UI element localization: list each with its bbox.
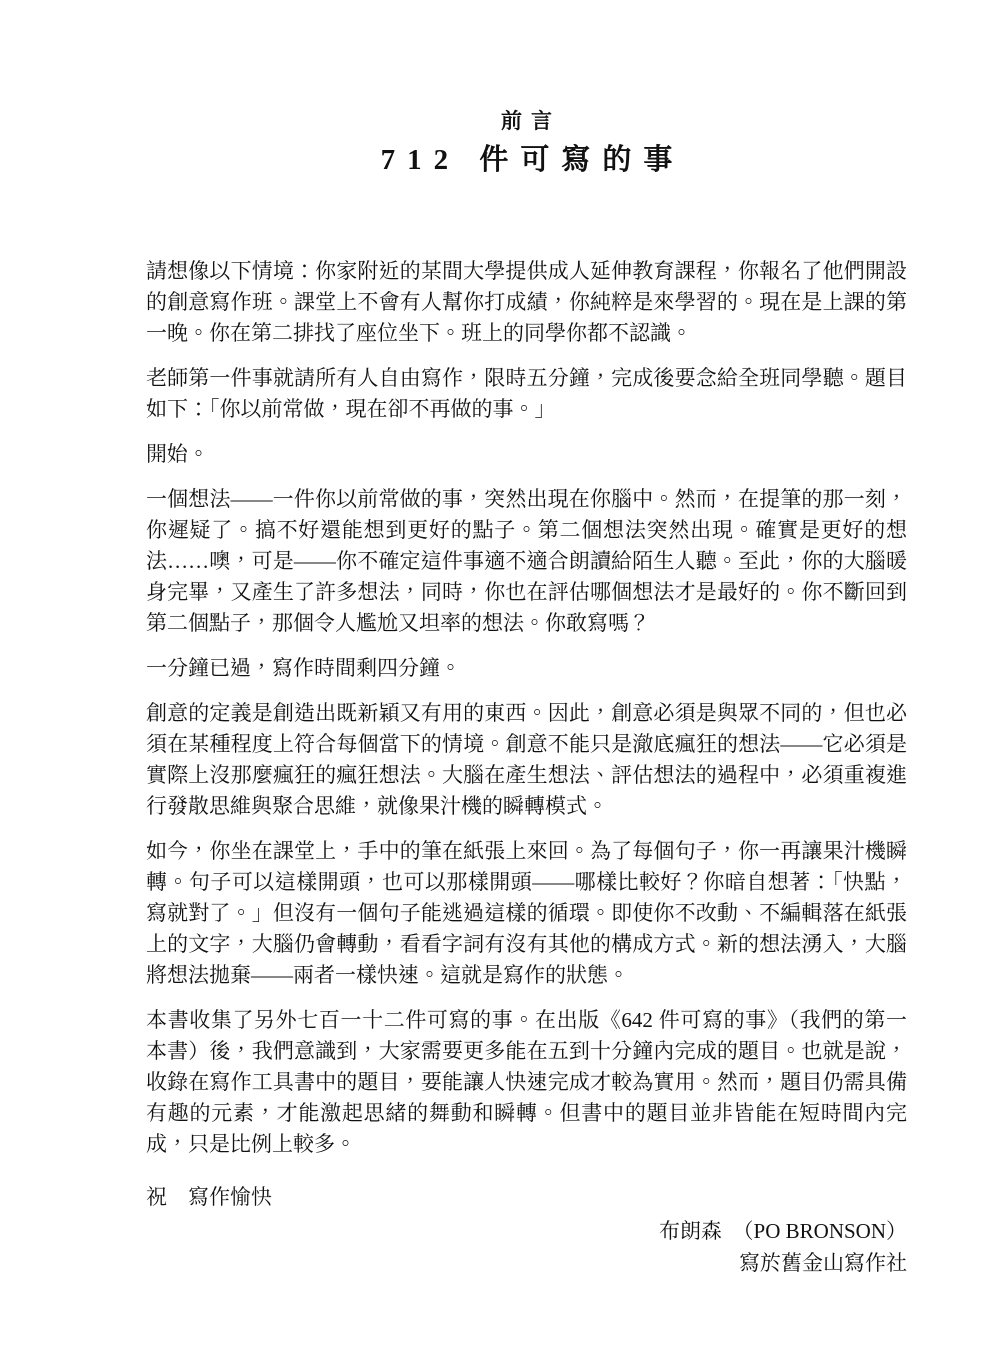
- paragraph-teacher-prompt: 老師第一件事就請所有人自由寫作，限時五分鐘，完成後要念給全班同學聽。題目如下：「…: [146, 363, 907, 425]
- page-title: 712 件可寫的事: [146, 144, 907, 176]
- paragraph-creativity-definition: 創意的定義是創造出既新穎又有用的東西。因此，創意必須是與眾不同的，但也必須在某種…: [146, 698, 907, 822]
- closing-line: 祝 寫作愉快: [146, 1182, 907, 1213]
- document-page: 前言 712 件可寫的事 請想像以下情境：你家附近的某間大學提供成人延伸教育課程…: [0, 0, 1000, 1353]
- text-block: 前言 712 件可寫的事 請想像以下情境：你家附近的某間大學提供成人延伸教育課程…: [146, 0, 907, 1279]
- body-text: 請想像以下情境：你家附近的某間大學提供成人延伸教育課程，你報名了他們開設的創意寫…: [146, 256, 907, 1279]
- paragraph-book-collection: 本書收集了另外七百一十二件可寫的事。在出版《642 件可寫的事》（我們的第一本書…: [146, 1005, 907, 1160]
- paragraph-begin: 開始。: [146, 439, 907, 470]
- paragraph-intro-scenario: 請想像以下情境：你家附近的某間大學提供成人延伸教育課程，你報名了他們開設的創意寫…: [146, 256, 907, 349]
- preface-label: 前言: [146, 110, 907, 132]
- paragraph-first-idea: 一個想法——一件你以前常做的事，突然出現在你腦中。然而，在提筆的那一刻，你遲疑了…: [146, 484, 907, 639]
- author-signature: 布朗森 （PO BRONSON）: [146, 1215, 907, 1247]
- paragraph-writing-state: 如今，你坐在課堂上，手中的筆在紙張上來回。為了每個句子，你一再讓果汁機瞬轉。句子…: [146, 836, 907, 991]
- signature-place: 寫於舊金山寫作社: [146, 1247, 907, 1279]
- page-header: 前言 712 件可寫的事: [146, 0, 907, 176]
- paragraph-one-minute: 一分鐘已過，寫作時間剩四分鐘。: [146, 653, 907, 684]
